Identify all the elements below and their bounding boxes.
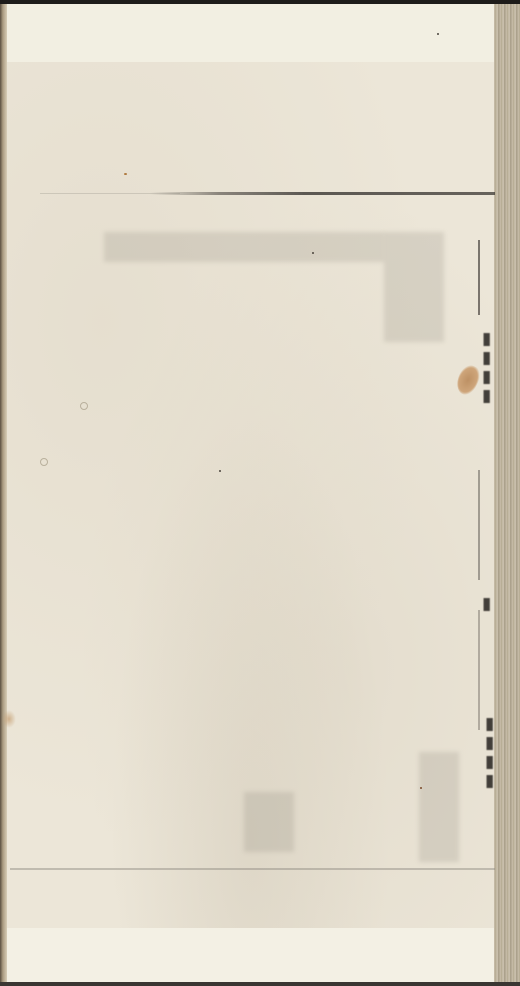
column-rule bbox=[478, 610, 480, 730]
edge-glyph: ▮ bbox=[482, 349, 491, 368]
paper-blemish bbox=[40, 458, 48, 466]
paper-speck bbox=[437, 33, 439, 35]
foxing-stain-small bbox=[2, 710, 16, 728]
edge-glyph: ▮ bbox=[482, 595, 491, 614]
bleed-through-ghost bbox=[419, 752, 459, 862]
top-margin-flyleaf bbox=[4, 4, 494, 62]
left-page-edge bbox=[0, 4, 7, 982]
bottom-margin-flyleaf bbox=[4, 928, 494, 982]
edge-text-column-lower: ▮ ▮ ▮ ▮ bbox=[485, 715, 494, 791]
column-rule bbox=[478, 240, 480, 315]
edge-text-column-upper: ▮ ▮ ▮ ▮ bbox=[482, 330, 491, 406]
edge-glyph: ▮ bbox=[482, 387, 491, 406]
edge-glyph: ▮ bbox=[482, 368, 491, 387]
edge-glyph: ▮ bbox=[485, 715, 494, 734]
edge-glyph: ▮ bbox=[485, 734, 494, 753]
paper-speck bbox=[420, 787, 422, 789]
paper-speck bbox=[312, 252, 314, 254]
bleed-through-ghost bbox=[244, 792, 294, 852]
bleed-through-ghost bbox=[104, 232, 384, 262]
bottom-border-rule bbox=[10, 868, 495, 870]
top-border-rule bbox=[150, 192, 495, 195]
edge-text-column-middle: ▮ bbox=[482, 595, 491, 614]
edge-glyph: ▮ bbox=[485, 753, 494, 772]
edge-glyph: ▮ bbox=[485, 772, 494, 791]
paper-blemish bbox=[80, 402, 88, 410]
edge-glyph: ▮ bbox=[482, 330, 491, 349]
bleed-through-ghost bbox=[384, 232, 444, 342]
page-stack-edge bbox=[494, 4, 520, 982]
paper-speck bbox=[219, 470, 221, 472]
scanned-page: ▮ ▮ ▮ ▮ ▮ ▮ ▮ ▮ ▮ bbox=[0, 0, 520, 986]
paper-speck bbox=[124, 173, 127, 175]
column-rule bbox=[478, 470, 480, 580]
scanner-bed-bottom bbox=[0, 982, 520, 986]
